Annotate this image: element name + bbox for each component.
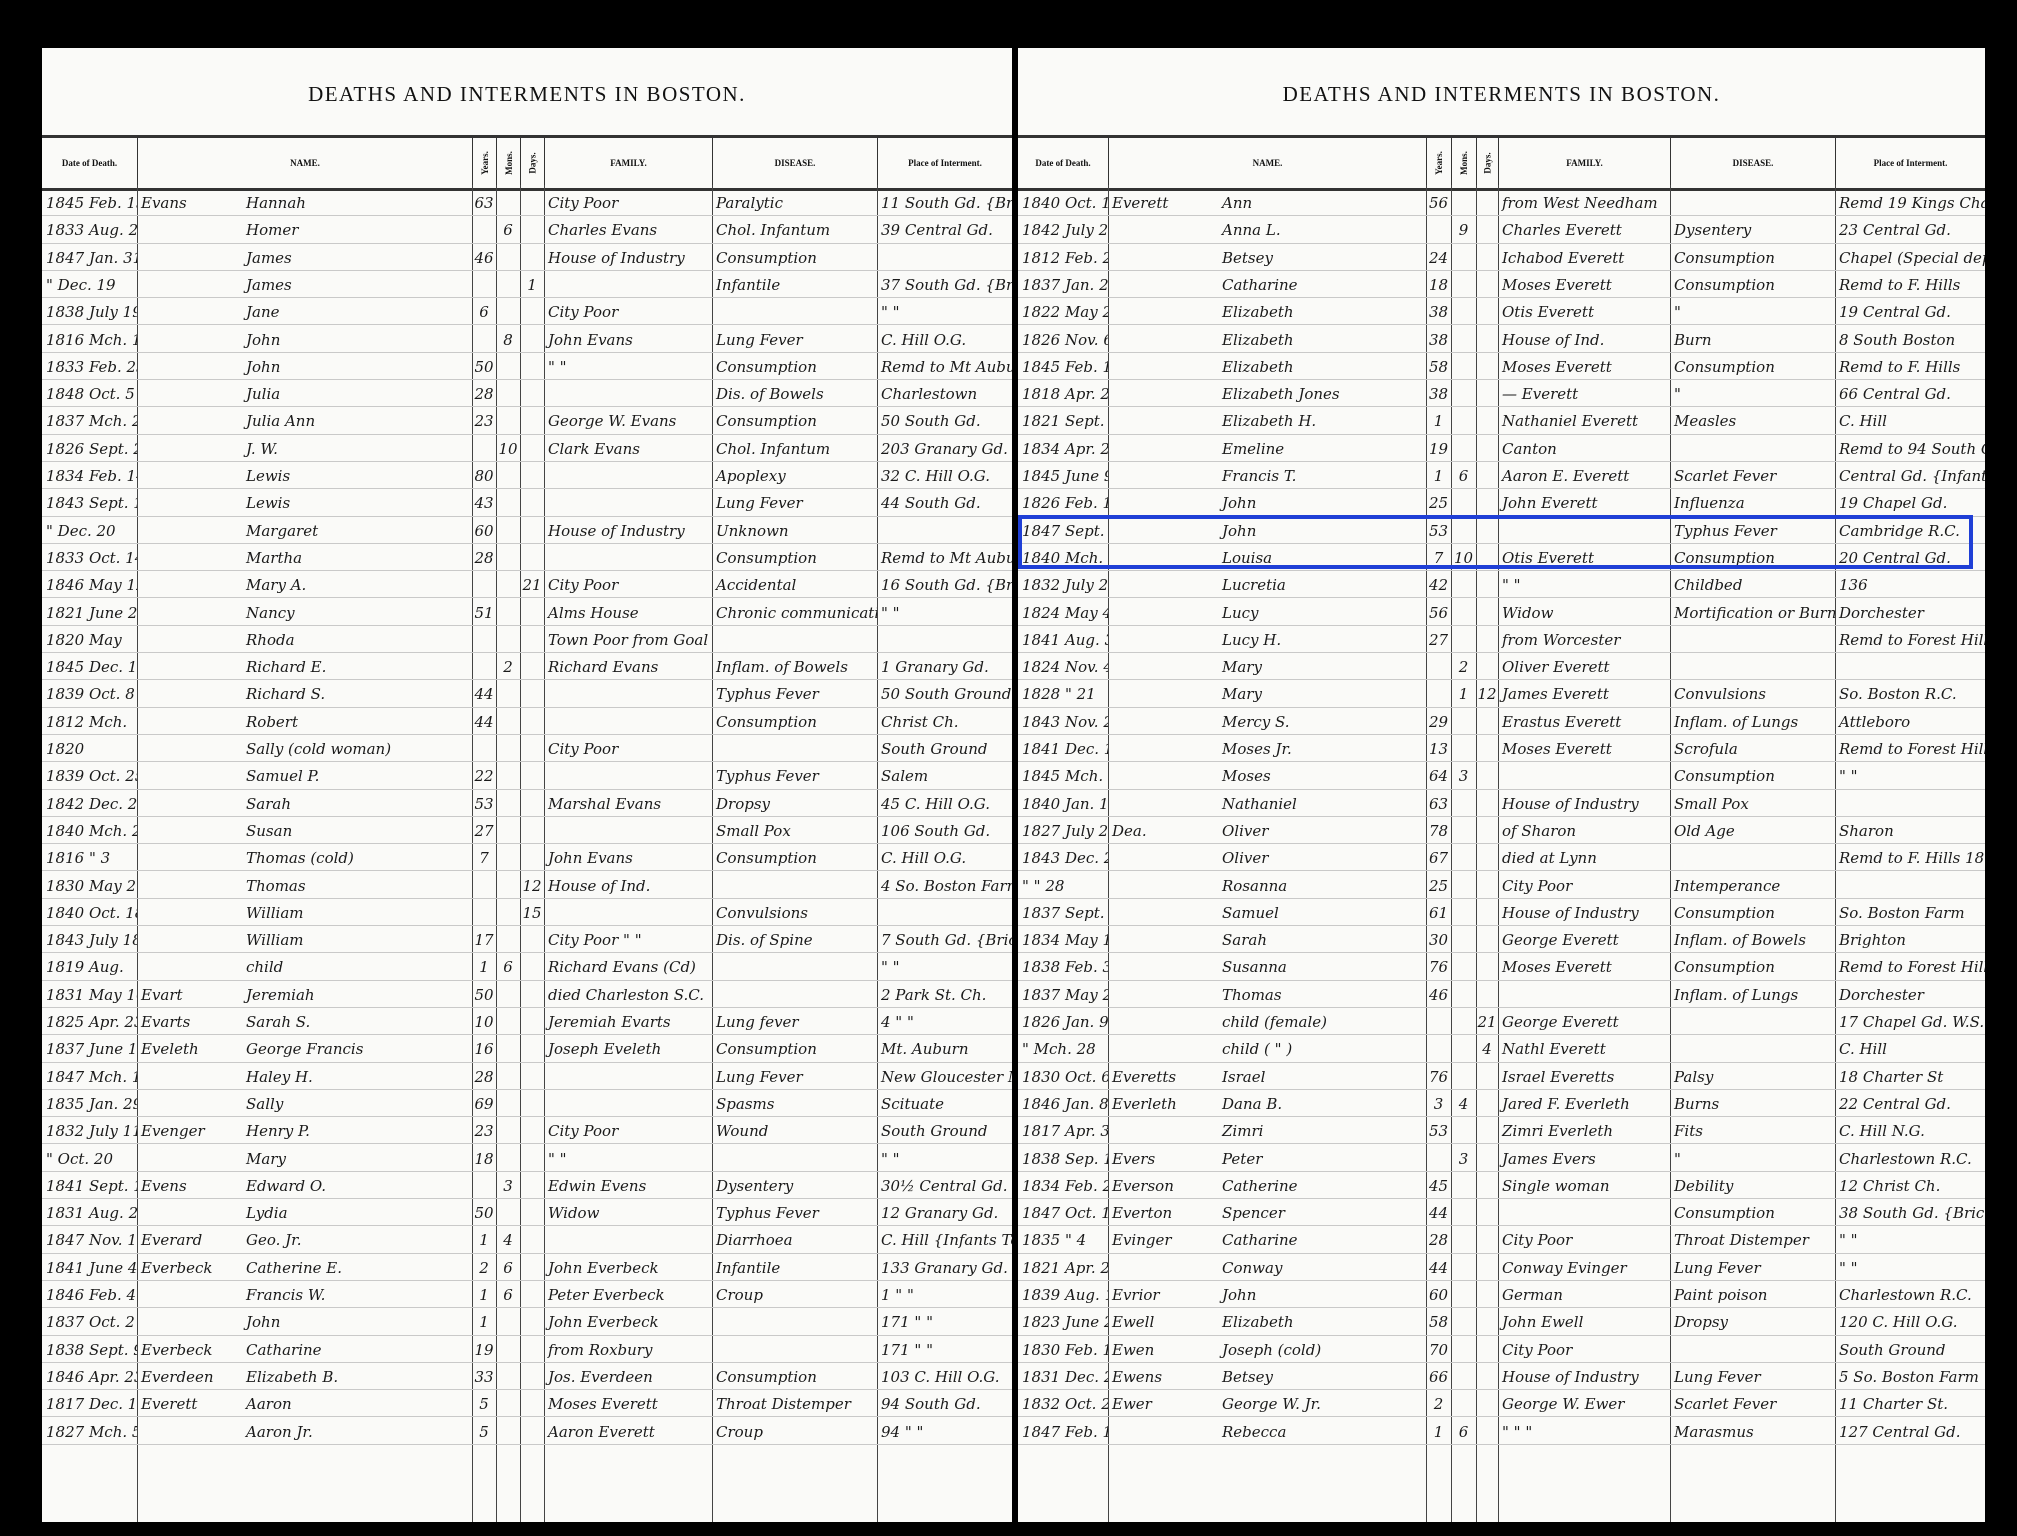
cell-place: C. Hill {Infants Tomb	[877, 1225, 1012, 1252]
ledger-row: 1846 May 12Mary A.21City PoorAccidental1…	[42, 570, 1012, 598]
cell-disease	[1670, 1335, 1835, 1362]
cell-days	[520, 652, 544, 679]
cell-family: George W. Evans	[544, 406, 712, 433]
ledger-row: 1835 " 4EvingerCatharine28City PoorThroa…	[1018, 1225, 1985, 1253]
cell-family: from Worcester	[1498, 625, 1670, 652]
cell-years: 2	[1426, 1389, 1451, 1416]
cell-date: 1826 Nov. 6	[1018, 325, 1108, 352]
cell-days: 15	[520, 898, 544, 925]
cell-surname	[1108, 843, 1218, 870]
cell-family: Otis Everett	[1498, 297, 1670, 324]
cell-years: 43	[472, 488, 496, 515]
cell-family: Aaron Everett	[544, 1417, 712, 1444]
ledger-row: 1822 May 26Elizabeth38Otis Everett"19 Ce…	[1018, 297, 1985, 325]
cell-surname: Ewer	[1108, 1389, 1218, 1416]
cell-disease: Consumption	[1670, 243, 1835, 270]
cell-family: Peter Everbeck	[544, 1280, 712, 1307]
cell-disease: Dropsy	[712, 789, 877, 816]
cell-date: 1833 Oct. 14	[42, 543, 137, 570]
cell-given: Mary A.	[242, 570, 472, 597]
cell-disease: Consumption	[712, 243, 877, 270]
cell-surname	[1108, 1417, 1218, 1444]
cell-place	[1835, 871, 1985, 898]
cell-mons: 1	[1451, 679, 1476, 706]
cell-date: 1831 May 10	[42, 980, 137, 1007]
cell-years: 76	[1426, 952, 1451, 979]
cell-family: Moses Everett	[1498, 734, 1670, 761]
cell-surname: Ewen	[1108, 1335, 1218, 1362]
cell-date: 1833 Feb. 23	[42, 352, 137, 379]
cell-family: Marshal Evans	[544, 789, 712, 816]
ledger-row: " " 28Rosanna25City PoorIntemperance	[1018, 871, 1985, 899]
cell-place: South Ground	[877, 1116, 1012, 1143]
ledger-row: 1837 June 16EvelethGeorge Francis16Josep…	[42, 1034, 1012, 1062]
cell-surname	[137, 1198, 242, 1225]
cell-given: Conway	[1218, 1253, 1426, 1280]
cell-years: 44	[472, 679, 496, 706]
cell-years: 3	[1426, 1089, 1451, 1116]
cell-mons	[1451, 297, 1476, 324]
cell-mons	[1451, 1280, 1476, 1307]
cell-disease: Lung Fever	[712, 488, 877, 515]
ledger-row: 1832 July 11EvengerHenry P.23City PoorWo…	[42, 1116, 1012, 1144]
cell-given: Moses Jr.	[1218, 734, 1426, 761]
cell-days	[1476, 188, 1498, 215]
cell-disease: Scrofula	[1670, 734, 1835, 761]
cell-years: 1	[472, 1225, 496, 1252]
cell-disease: Small Pox	[712, 816, 877, 843]
cell-date: 1822 May 26	[1018, 297, 1108, 324]
cell-surname	[1108, 406, 1218, 433]
cell-place: 171 " "	[877, 1335, 1012, 1362]
cell-disease: Inflam. of Bowels	[1670, 925, 1835, 952]
ledger-row: 1828 " 21Mary112James EverettConvulsions…	[1018, 679, 1985, 707]
cell-surname	[137, 352, 242, 379]
cell-place: 32 C. Hill O.G.	[877, 461, 1012, 488]
cell-date: 1826 Jan. 9	[1018, 1007, 1108, 1034]
cell-years: 1	[1426, 1417, 1451, 1444]
cell-place	[1835, 652, 1985, 679]
cell-days	[520, 707, 544, 734]
cell-surname	[1108, 1116, 1218, 1143]
ledger-row: 1837 Oct. 2John1John Everbeck171 " "	[42, 1307, 1012, 1335]
cell-surname	[1108, 516, 1218, 543]
cell-disease: Old Age	[1670, 816, 1835, 843]
cell-years: 64	[1426, 761, 1451, 788]
cell-surname	[137, 1280, 242, 1307]
cell-place: 171 " "	[877, 1307, 1012, 1334]
cell-family: John Everbeck	[544, 1253, 712, 1280]
ledger-row: 1841 June 4EverbeckCatherine E.26John Ev…	[42, 1253, 1012, 1281]
cell-disease: Lung Fever	[1670, 1253, 1835, 1280]
cell-given: John	[1218, 516, 1426, 543]
cell-date: 1838 Feb. 3	[1018, 952, 1108, 979]
cell-date: 1837 Sept. 22	[1018, 898, 1108, 925]
ledger-row: 1812 Feb. 28Betsey24Ichabod EverettConsu…	[1018, 243, 1985, 271]
cell-given: J. W.	[242, 434, 472, 461]
cell-date: 1846 Feb. 4	[42, 1280, 137, 1307]
cell-family: Nathaniel Everett	[1498, 406, 1670, 433]
cell-surname: Evans	[137, 188, 242, 215]
cell-place: Remd to 94 South Gd.	[1835, 434, 1985, 461]
cell-surname	[1108, 652, 1218, 679]
ledger-row: 1840 Mch. 20Susan27Small Pox106 South Gd…	[42, 816, 1012, 844]
cell-given: child	[242, 952, 472, 979]
cell-place: Salem	[877, 761, 1012, 788]
cell-family: Single woman	[1498, 1171, 1670, 1198]
cell-date: 1837 Mch. 22	[42, 406, 137, 433]
ledger-row: 1816 " 3Thomas (cold)7John EvansConsumpt…	[42, 843, 1012, 871]
cell-date: 1824 May 4	[1018, 598, 1108, 625]
cell-days	[520, 598, 544, 625]
ledger-row: 1834 May 10Sarah30George EverettInflam. …	[1018, 925, 1985, 953]
ledger-row: 1840 Jan. 18Nathaniel63House of Industry…	[1018, 789, 1985, 817]
cell-disease: Consumption	[1670, 270, 1835, 297]
ledger-row: 1821 Sept. 26Elizabeth H.1Nathaniel Ever…	[1018, 406, 1985, 434]
cell-days	[1476, 1171, 1498, 1198]
cell-place: 94 " "	[877, 1417, 1012, 1444]
cell-family: Town Poor from Goal	[544, 625, 712, 652]
cell-surname: Everton	[1108, 1198, 1218, 1225]
header-years: Years.	[472, 138, 496, 188]
cell-mons	[1451, 516, 1476, 543]
ledger-row: 1824 May 4Lucy56WidowMortification or Bu…	[1018, 598, 1985, 626]
cell-date: 1847 Jan. 31	[42, 243, 137, 270]
cell-place: Charlestown R.C.	[1835, 1280, 1985, 1307]
cell-given: Rhoda	[242, 625, 472, 652]
cell-given: Spencer	[1218, 1198, 1426, 1225]
cell-years	[1426, 215, 1451, 242]
cell-days	[520, 1198, 544, 1225]
cell-disease: Lung Fever	[1670, 1362, 1835, 1389]
cell-mons	[1451, 816, 1476, 843]
cell-place: 30½ Central Gd.	[877, 1171, 1012, 1198]
cell-date: 1841 Sept. 17	[42, 1171, 137, 1198]
cell-disease: Croup	[712, 1417, 877, 1444]
ledger-row: " Mch. 28child ( " )4Nathl EverettC. Hil…	[1018, 1034, 1985, 1062]
ledger-row: 1833 Feb. 23John50" "ConsumptionRemd to …	[42, 352, 1012, 380]
cell-family: German	[1498, 1280, 1670, 1307]
cell-days	[1476, 243, 1498, 270]
cell-years	[472, 625, 496, 652]
cell-family: City Poor	[544, 570, 712, 597]
cell-given: Homer	[242, 215, 472, 242]
cell-mons	[496, 925, 520, 952]
cell-family: James Evers	[1498, 1144, 1670, 1171]
cell-days	[520, 379, 544, 406]
cell-days	[1476, 1362, 1498, 1389]
cell-date: 1845 Mch. 11	[1018, 761, 1108, 788]
cell-given: Zimri	[1218, 1116, 1426, 1143]
cell-place: 17 Chapel Gd. W.S.	[1835, 1007, 1985, 1034]
cell-given: Lydia	[242, 1198, 472, 1225]
cell-surname	[1108, 707, 1218, 734]
cell-family: City Poor	[544, 1116, 712, 1143]
cell-disease: Unknown	[712, 516, 877, 543]
cell-given: Lucy H.	[1218, 625, 1426, 652]
ledger-row: 1834 Apr. 2Emeline19CantonRemd to 94 Sou…	[1018, 434, 1985, 462]
cell-date: 1840 Oct. 18	[42, 898, 137, 925]
cell-disease: Measles	[1670, 406, 1835, 433]
ledger-row: 1835 Jan. 29Sally69SpasmsScituate	[42, 1089, 1012, 1117]
cell-place: South Ground	[1835, 1335, 1985, 1362]
cell-years: 50	[472, 352, 496, 379]
cell-surname: Everson	[1108, 1171, 1218, 1198]
cell-surname: Evrior	[1108, 1280, 1218, 1307]
cell-years: 22	[472, 761, 496, 788]
cell-place: 37 South Gd. {Brick Tomb	[877, 270, 1012, 297]
cell-family: George W. Ewer	[1498, 1389, 1670, 1416]
cell-given: Elizabeth	[1218, 325, 1426, 352]
cell-place: 50 South Ground	[877, 679, 1012, 706]
cell-date: 1821 Sept. 26	[1018, 406, 1108, 433]
cell-years: 28	[472, 1062, 496, 1089]
header-name: NAME.	[1108, 138, 1426, 188]
cell-family	[544, 898, 712, 925]
ledger-row: 1821 Apr. 22Conway44Conway EvingerLung F…	[1018, 1253, 1985, 1281]
cell-place: 18 Charter St	[1835, 1062, 1985, 1089]
ledger-row: 1843 Sept. 19Lewis43Lung Fever44 South G…	[42, 488, 1012, 516]
cell-surname	[137, 925, 242, 952]
cell-years	[472, 325, 496, 352]
cell-days	[520, 188, 544, 215]
header-disease: DISEASE.	[712, 138, 877, 188]
cell-family: died at Lynn	[1498, 843, 1670, 870]
cell-mons: 6	[496, 215, 520, 242]
ledger-row: 1823 June 20EwellElizabeth58John EwellDr…	[1018, 1307, 1985, 1335]
cell-disease: Intemperance	[1670, 871, 1835, 898]
cell-family	[544, 270, 712, 297]
cell-days	[520, 215, 544, 242]
cell-mons	[496, 270, 520, 297]
cell-years: 1	[1426, 406, 1451, 433]
cell-family	[544, 543, 712, 570]
ledger-row: 1838 Sept. 9EverbeckCatharine19from Roxb…	[42, 1335, 1012, 1363]
cell-years: 19	[472, 1335, 496, 1362]
cell-surname	[1108, 243, 1218, 270]
cell-mons	[1451, 707, 1476, 734]
cell-years: 38	[1426, 297, 1451, 324]
cell-family	[544, 679, 712, 706]
cell-disease: Palsy	[1670, 1062, 1835, 1089]
cell-place: C. Hill N.G.	[1835, 1116, 1985, 1143]
cell-mons: 4	[1451, 1089, 1476, 1116]
cell-days	[520, 789, 544, 816]
cell-days	[1476, 461, 1498, 488]
ledger-row: 1845 Feb. 17Elizabeth58Moses EverettCons…	[1018, 352, 1985, 380]
cell-family	[544, 761, 712, 788]
cell-place: 103 C. Hill O.G.	[877, 1362, 1012, 1389]
cell-days	[520, 461, 544, 488]
cell-surname	[137, 652, 242, 679]
cell-surname: Dea.	[1108, 816, 1218, 843]
cell-mons: 6	[1451, 461, 1476, 488]
cell-years	[1426, 1007, 1451, 1034]
cell-given: Sally	[242, 1089, 472, 1116]
cell-family: Charles Everett	[1498, 215, 1670, 242]
cell-date: 1841 Aug. 3	[1018, 625, 1108, 652]
cell-disease	[1670, 434, 1835, 461]
ledger-row: 1843 July 18William17City Poor " "Dis. o…	[42, 925, 1012, 953]
cell-surname	[1108, 1007, 1218, 1034]
cell-given: William	[242, 925, 472, 952]
cell-days	[1476, 516, 1498, 543]
cell-disease: "	[1670, 1144, 1835, 1171]
cell-mons	[1451, 1171, 1476, 1198]
cell-family: James Everett	[1498, 679, 1670, 706]
cell-days	[1476, 952, 1498, 979]
cell-family: House of Ind.	[544, 871, 712, 898]
cell-years: 38	[1426, 379, 1451, 406]
cell-days: 21	[1476, 1007, 1498, 1034]
cell-family: Oliver Everett	[1498, 652, 1670, 679]
cell-disease: Typhus Fever	[712, 761, 877, 788]
cell-given: Aaron	[242, 1389, 472, 1416]
cell-years	[472, 570, 496, 597]
cell-family: Moses Everett	[1498, 270, 1670, 297]
cell-place: 2 Park St. Ch.	[877, 980, 1012, 1007]
cell-years	[472, 898, 496, 925]
cell-given: Sally (cold woman)	[242, 734, 472, 761]
cell-given: Susanna	[1218, 952, 1426, 979]
ledger-row: 1840 Oct. 18William15Convulsions	[42, 898, 1012, 926]
cell-family: from West Needham	[1498, 188, 1670, 215]
cell-disease: Chronic communication	[712, 598, 877, 625]
cell-date: 1838 Sept. 9	[42, 1335, 137, 1362]
cell-place: 22 Central Gd.	[1835, 1089, 1985, 1116]
cell-years: 17	[472, 925, 496, 952]
cell-place: Brighton	[1835, 925, 1985, 952]
ledger-row: 1830 Feb. 19EwenJoseph (cold)70City Poor…	[1018, 1335, 1985, 1363]
cell-family: City Poor	[1498, 871, 1670, 898]
cell-mons	[496, 1007, 520, 1034]
cell-place: 12 Granary Gd.	[877, 1198, 1012, 1225]
ledger-row: 1819 Aug.child16Richard Evans (Cd)" "	[42, 952, 1012, 980]
header-family: FAMILY.	[544, 138, 712, 188]
cell-given: Elizabeth	[1218, 297, 1426, 324]
ledger-row: 1847 Jan. 31James46House of IndustryCons…	[42, 243, 1012, 271]
cell-given: Mercy S.	[1218, 707, 1426, 734]
cell-given: Richard E.	[242, 652, 472, 679]
cell-disease: Typhus Fever	[712, 679, 877, 706]
cell-surname	[137, 898, 242, 925]
cell-given: Catherine E.	[242, 1253, 472, 1280]
ledger-row: 1841 Aug. 3Lucy H.27from WorcesterRemd t…	[1018, 625, 1985, 653]
cell-date: 1837 May 23	[1018, 980, 1108, 1007]
cell-surname	[1108, 570, 1218, 597]
cell-surname	[1108, 598, 1218, 625]
cell-given: Nancy	[242, 598, 472, 625]
cell-place: 19 Chapel Gd.	[1835, 488, 1985, 515]
cell-date: 1837 Oct. 2	[42, 1307, 137, 1334]
cell-place: " "	[877, 297, 1012, 324]
cell-years	[1426, 652, 1451, 679]
cell-given: Robert	[242, 707, 472, 734]
ledger-row: 1830 May 21Thomas12House of Ind.4 So. Bo…	[42, 871, 1012, 899]
ledger-row: 1847 Sept. 5John53Typhus FeverCambridge …	[1018, 516, 1985, 544]
cell-days: 12	[1476, 679, 1498, 706]
cell-days	[520, 1089, 544, 1116]
cell-days	[520, 952, 544, 979]
cell-years	[472, 734, 496, 761]
cell-mons	[1451, 734, 1476, 761]
cell-surname	[1108, 734, 1218, 761]
cell-mons	[1451, 434, 1476, 461]
cell-days	[1476, 898, 1498, 925]
cell-date: 1824 Nov. 4	[1018, 652, 1108, 679]
ledger-row: 1840 Mch. 5Louisa710Otis EverettConsumpt…	[1018, 543, 1985, 571]
ledger-row: 1847 Oct. 19EvertonSpencer44Consumption3…	[1018, 1198, 1985, 1226]
cell-days	[1476, 734, 1498, 761]
cell-mons	[1451, 270, 1476, 297]
cell-mons	[496, 816, 520, 843]
cell-given: Jane	[242, 297, 472, 324]
cell-given: Samuel P.	[242, 761, 472, 788]
cell-family: Widow	[1498, 598, 1670, 625]
cell-disease: Consumption	[712, 543, 877, 570]
cell-mons	[1451, 925, 1476, 952]
cell-mons	[496, 1389, 520, 1416]
cell-date: 1832 July 11	[42, 1116, 137, 1143]
ledger-row: 1843 Dec. 21Oliver67died at LynnRemd to …	[1018, 843, 1985, 871]
cell-date: 1828 " 21	[1018, 679, 1108, 706]
cell-place: 5 So. Boston Farm	[1835, 1362, 1985, 1389]
ledger-row: 1838 Sep. 1EversPeter3James Evers"Charle…	[1018, 1144, 1985, 1172]
cell-mons: 10	[1451, 543, 1476, 570]
cell-mons	[496, 707, 520, 734]
cell-family: City Poor	[544, 297, 712, 324]
cell-date: 1820 May	[42, 625, 137, 652]
cell-place: Sharon	[1835, 816, 1985, 843]
cell-surname	[1108, 297, 1218, 324]
cell-days	[520, 243, 544, 270]
cell-days	[1476, 488, 1498, 515]
cell-given: Richard S.	[242, 679, 472, 706]
cell-given: Catharine	[1218, 270, 1426, 297]
cell-place: New Gloucester Me.	[877, 1062, 1012, 1089]
cell-years: 66	[1426, 1362, 1451, 1389]
cell-surname	[1108, 325, 1218, 352]
cell-given: Moses	[1218, 761, 1426, 788]
cell-date: 1840 Jan. 18	[1018, 789, 1108, 816]
cell-surname	[1108, 543, 1218, 570]
cell-place: 203 Granary Gd.	[877, 434, 1012, 461]
cell-mons	[496, 379, 520, 406]
cell-days	[520, 1417, 544, 1444]
cell-surname: Ewell	[1108, 1307, 1218, 1334]
cell-disease	[712, 1335, 877, 1362]
cell-mons	[1451, 1198, 1476, 1225]
cell-disease: Diarrhoea	[712, 1225, 877, 1252]
cell-mons	[1451, 352, 1476, 379]
cell-years	[1426, 1144, 1451, 1171]
ledger-row: 1842 July 22Anna L.9Charles EverettDysen…	[1018, 215, 1985, 243]
cell-family: House of Industry	[1498, 789, 1670, 816]
cell-mons	[1451, 1116, 1476, 1143]
cell-place: 106 South Gd.	[877, 816, 1012, 843]
cell-place: Dorchester	[1835, 598, 1985, 625]
cell-date: 1847 Mch. 18	[42, 1062, 137, 1089]
cell-place: 8 South Boston	[1835, 325, 1985, 352]
cell-surname	[1108, 379, 1218, 406]
cell-days	[1476, 625, 1498, 652]
cell-disease: Convulsions	[712, 898, 877, 925]
header-disease: DISEASE.	[1670, 138, 1835, 188]
cell-days	[520, 1171, 544, 1198]
cell-years: 53	[472, 789, 496, 816]
cell-given: Oliver	[1218, 843, 1426, 870]
cell-place: Charlestown	[877, 379, 1012, 406]
